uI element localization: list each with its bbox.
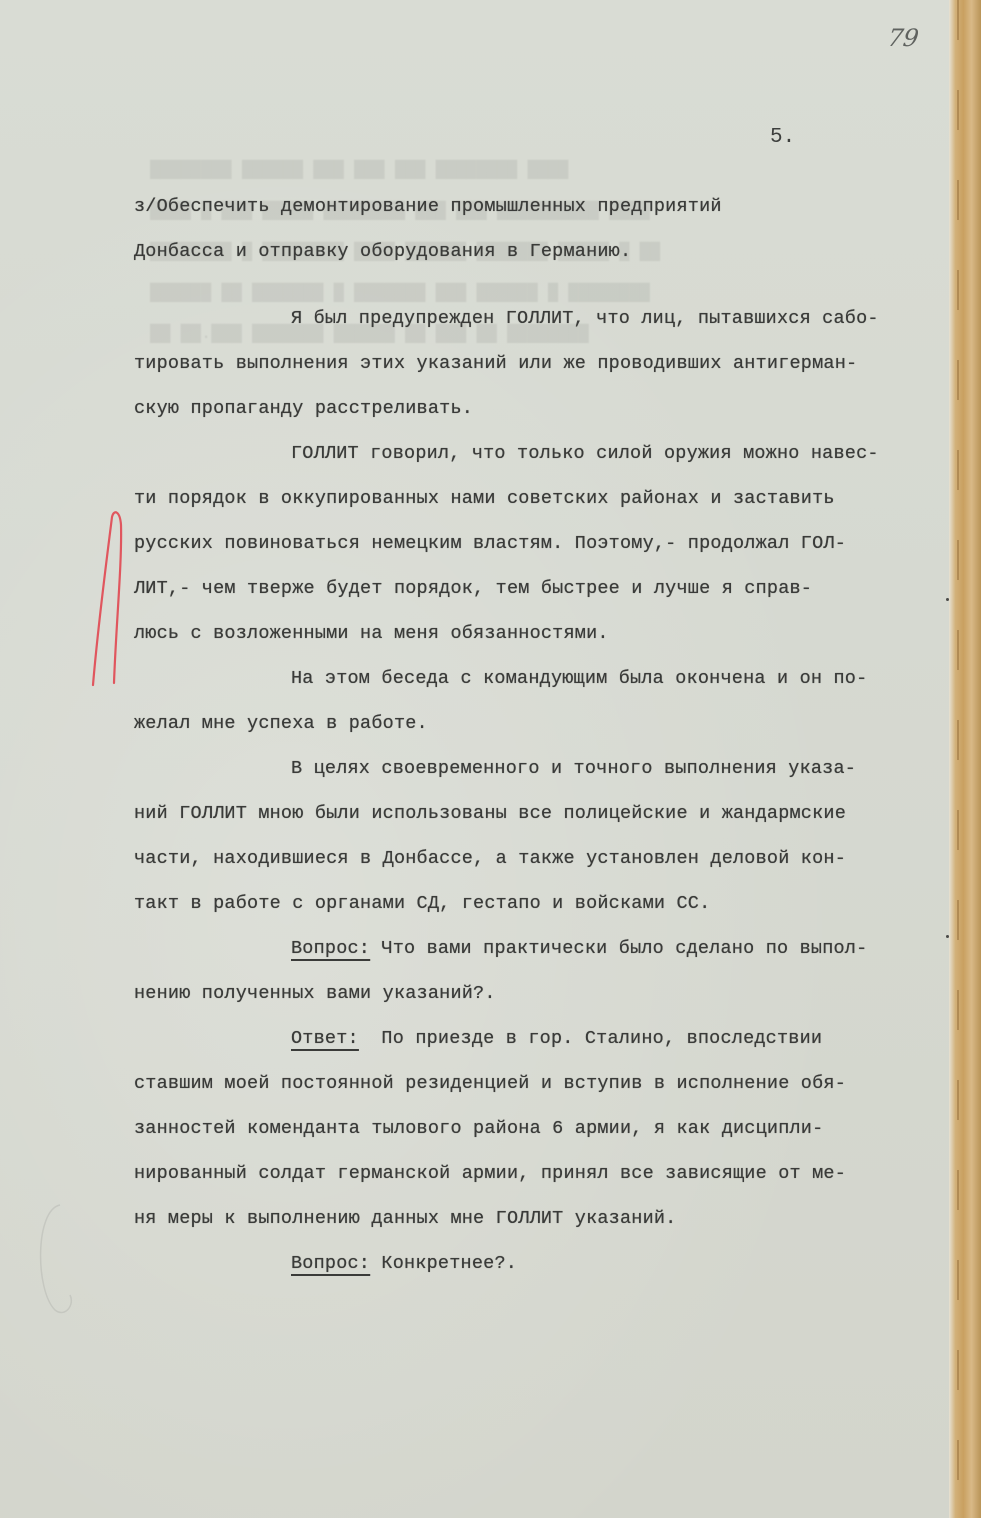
text-line: ня меры к выполнению данных мне ГОЛЛИТ у…	[134, 1196, 944, 1241]
text-line: ставшим моей постоянной резиденцией и вс…	[134, 1061, 944, 1106]
text-line: русских повиноваться немецким властям. П…	[134, 521, 944, 566]
text-line: ГОЛЛИТ говорил, что только силой оружия …	[134, 431, 944, 476]
typewritten-body: з/Обеспечить демонтирование промышленных…	[134, 184, 944, 1286]
document-page: ████████ ██████ ███ ███ ███ ████████ ███…	[0, 0, 956, 1518]
text-line: В целях своевременного и точного выполне…	[134, 746, 944, 791]
text-line: На этом беседа с командующим была оконче…	[134, 656, 944, 701]
text-line: тировать выполнения этих указаний или же…	[134, 341, 944, 386]
text-line: занностей коменданта тылового района 6 а…	[134, 1106, 944, 1151]
page-number: 5.	[770, 126, 795, 149]
text-line: желал мне успеха в работе.	[134, 701, 944, 746]
question-line: Вопрос: Что вами практически было сделан…	[134, 926, 944, 971]
text-line: ти порядок в оккупированных нами советск…	[134, 476, 944, 521]
answer-line: Ответ: По приезде в гор. Сталино, впосле…	[134, 1016, 944, 1061]
text-line: такт в работе с органами СД, гестапо и в…	[134, 881, 944, 926]
text-line: нению полученных вами указаний?.	[134, 971, 944, 1016]
binding-edge	[949, 0, 981, 1518]
text-line: люсь с возложенными на меня обязанностям…	[134, 611, 944, 656]
answer-label: Ответ:	[291, 1028, 359, 1049]
text-line: ний ГОЛЛИТ мною были использованы все по…	[134, 791, 944, 836]
text-line: з/Обеспечить демонтирование промышленных…	[134, 184, 944, 229]
archive-folio-number: 79	[886, 24, 920, 52]
text-line: Я был предупрежден ГОЛЛИТ, что лиц, пыта…	[134, 296, 944, 341]
text-line: части, находившиеся в Донбассе, а также …	[134, 836, 944, 881]
text-line: нированный солдат германской армии, прин…	[134, 1151, 944, 1196]
text-line: Донбасса и отправку оборудования в Герма…	[134, 229, 944, 274]
text-line: ЛИТ,- чем тверже будет порядок, тем быст…	[134, 566, 944, 611]
question-label: Вопрос:	[291, 1253, 370, 1274]
faint-pencil-mark	[20, 1200, 80, 1320]
question-line: Вопрос: Конкретнее?.	[134, 1241, 944, 1286]
question-label: Вопрос:	[291, 938, 370, 959]
text-line: скую пропаганду расстреливать.	[134, 386, 944, 431]
red-pencil-margin-mark	[88, 505, 128, 695]
